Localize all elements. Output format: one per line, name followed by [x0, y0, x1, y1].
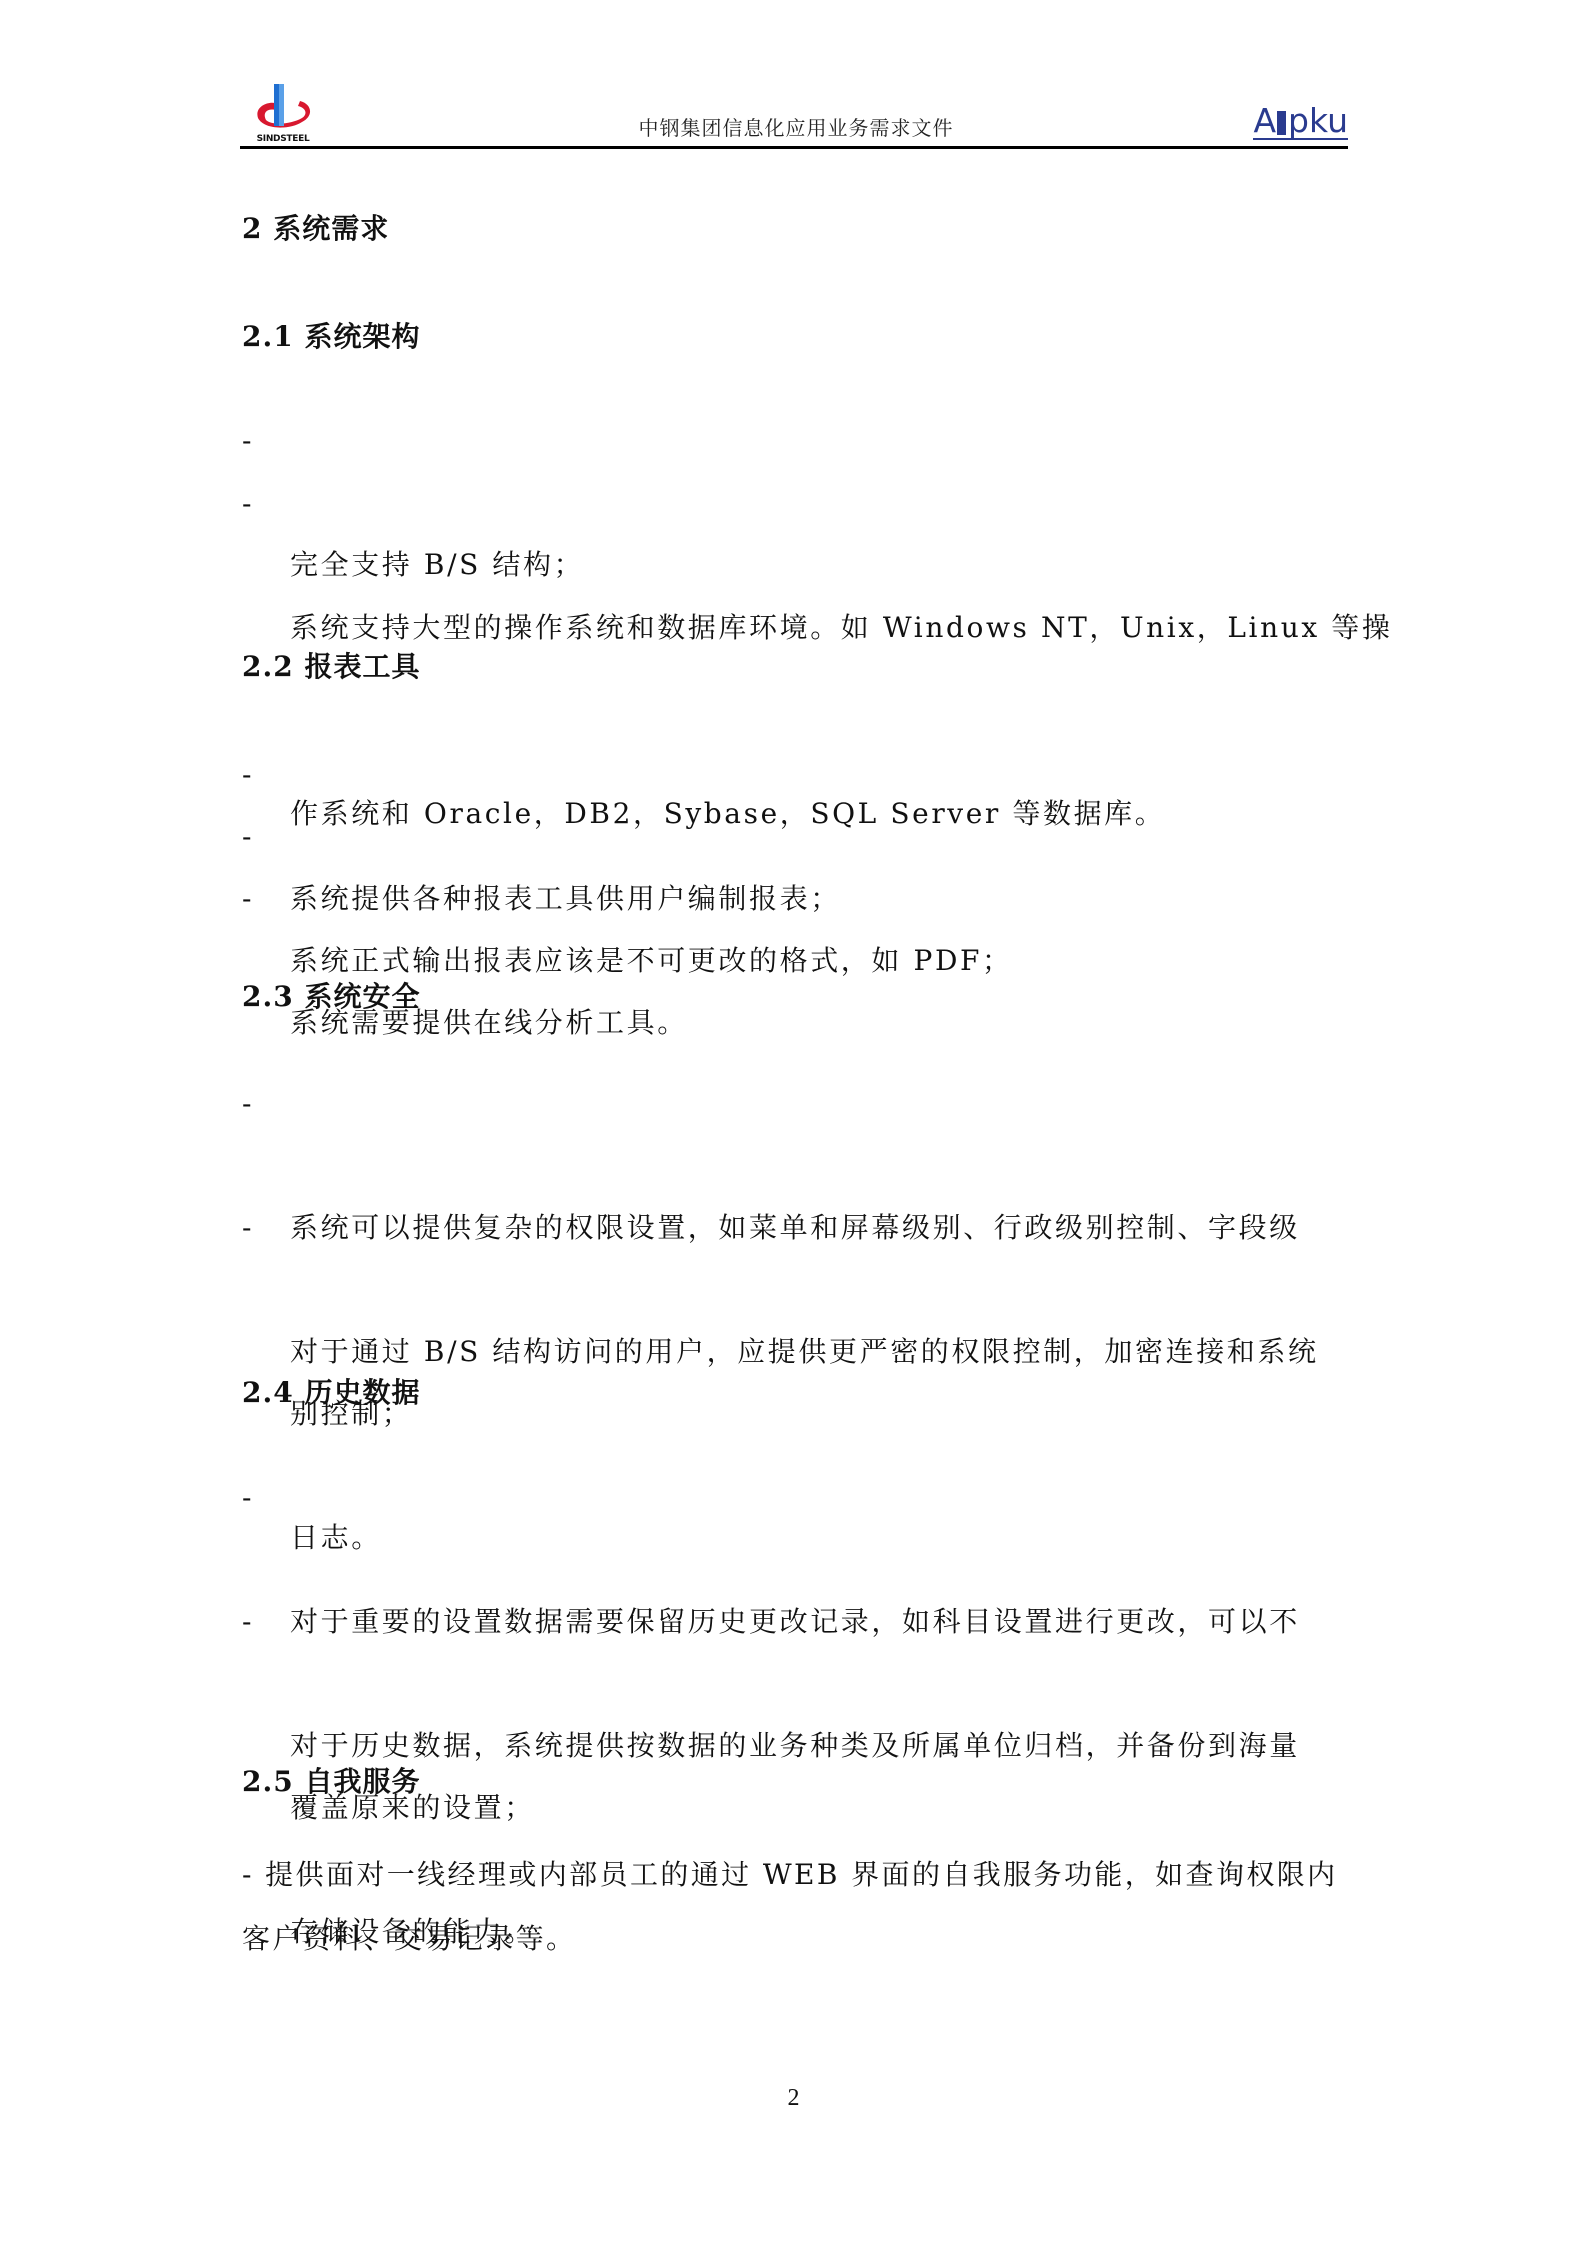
bullet-dash: - [242, 1591, 251, 1653]
header-divider [240, 146, 1348, 149]
heading-2-1: 2.1 系统架构 [242, 320, 420, 354]
allpku-logo-bar [1277, 111, 1286, 135]
section-title: 2 系统需求 [242, 212, 389, 246]
text-line: 系统支持大型的操作系统和数据库环境。如 Windows NT，Unix，Linu… [290, 597, 1348, 659]
bullet-dash: - [242, 806, 251, 868]
page-header: SINDSTEEL 中钢集团信息化应用业务需求文件 Apku [240, 78, 1352, 148]
text-line: - 提供面对一线经理或内部员工的通过 WEB 界面的自我服务功能，如查询权限内 [242, 1843, 1348, 1907]
heading-2-5: 2.5 自我服务 [242, 1765, 420, 1799]
bullet-dash: - [242, 868, 251, 930]
heading-2-4: 2.4 历史数据 [242, 1376, 420, 1410]
bullet-dash: - [242, 473, 251, 535]
bullet-dash: - [242, 1467, 251, 1529]
text-line: 对于通过 B/S 结构访问的用户，应提供更严密的权限控制，加密连接和系统 [290, 1321, 1348, 1383]
text-line: 对于历史数据，系统提供按数据的业务种类及所属单位归档，并备份到海量 [290, 1715, 1348, 1777]
header-title: 中钢集团信息化应用业务需求文件 [240, 112, 1352, 141]
heading-2-3: 2.3 系统安全 [242, 980, 420, 1014]
bullet-dash: - [242, 1197, 251, 1259]
allpku-logo-icon: Apku [1253, 104, 1348, 140]
bullet-text: 对于历史数据，系统提供按数据的业务种类及所属单位归档，并备份到海量 存储设备的能… [290, 1591, 1348, 2087]
paragraph-self-service: - 提供面对一线经理或内部员工的通过 WEB 界面的自我服务功能，如查询权限内 … [242, 1843, 1348, 1971]
bullet-dash: - [242, 1073, 251, 1135]
text-line: 系统需要提供在线分析工具。 [290, 992, 1348, 1054]
page-number: 2 [0, 2085, 1587, 2112]
allpku-logo-a: A [1253, 104, 1276, 138]
bullet-dash: - [242, 744, 251, 806]
text-line: 客户资料、交易记录等。 [242, 1907, 1348, 1971]
heading-2-2: 2.2 报表工具 [242, 650, 420, 684]
bullet-dash: - [242, 410, 251, 472]
allpku-logo-pku: pku [1288, 104, 1348, 138]
